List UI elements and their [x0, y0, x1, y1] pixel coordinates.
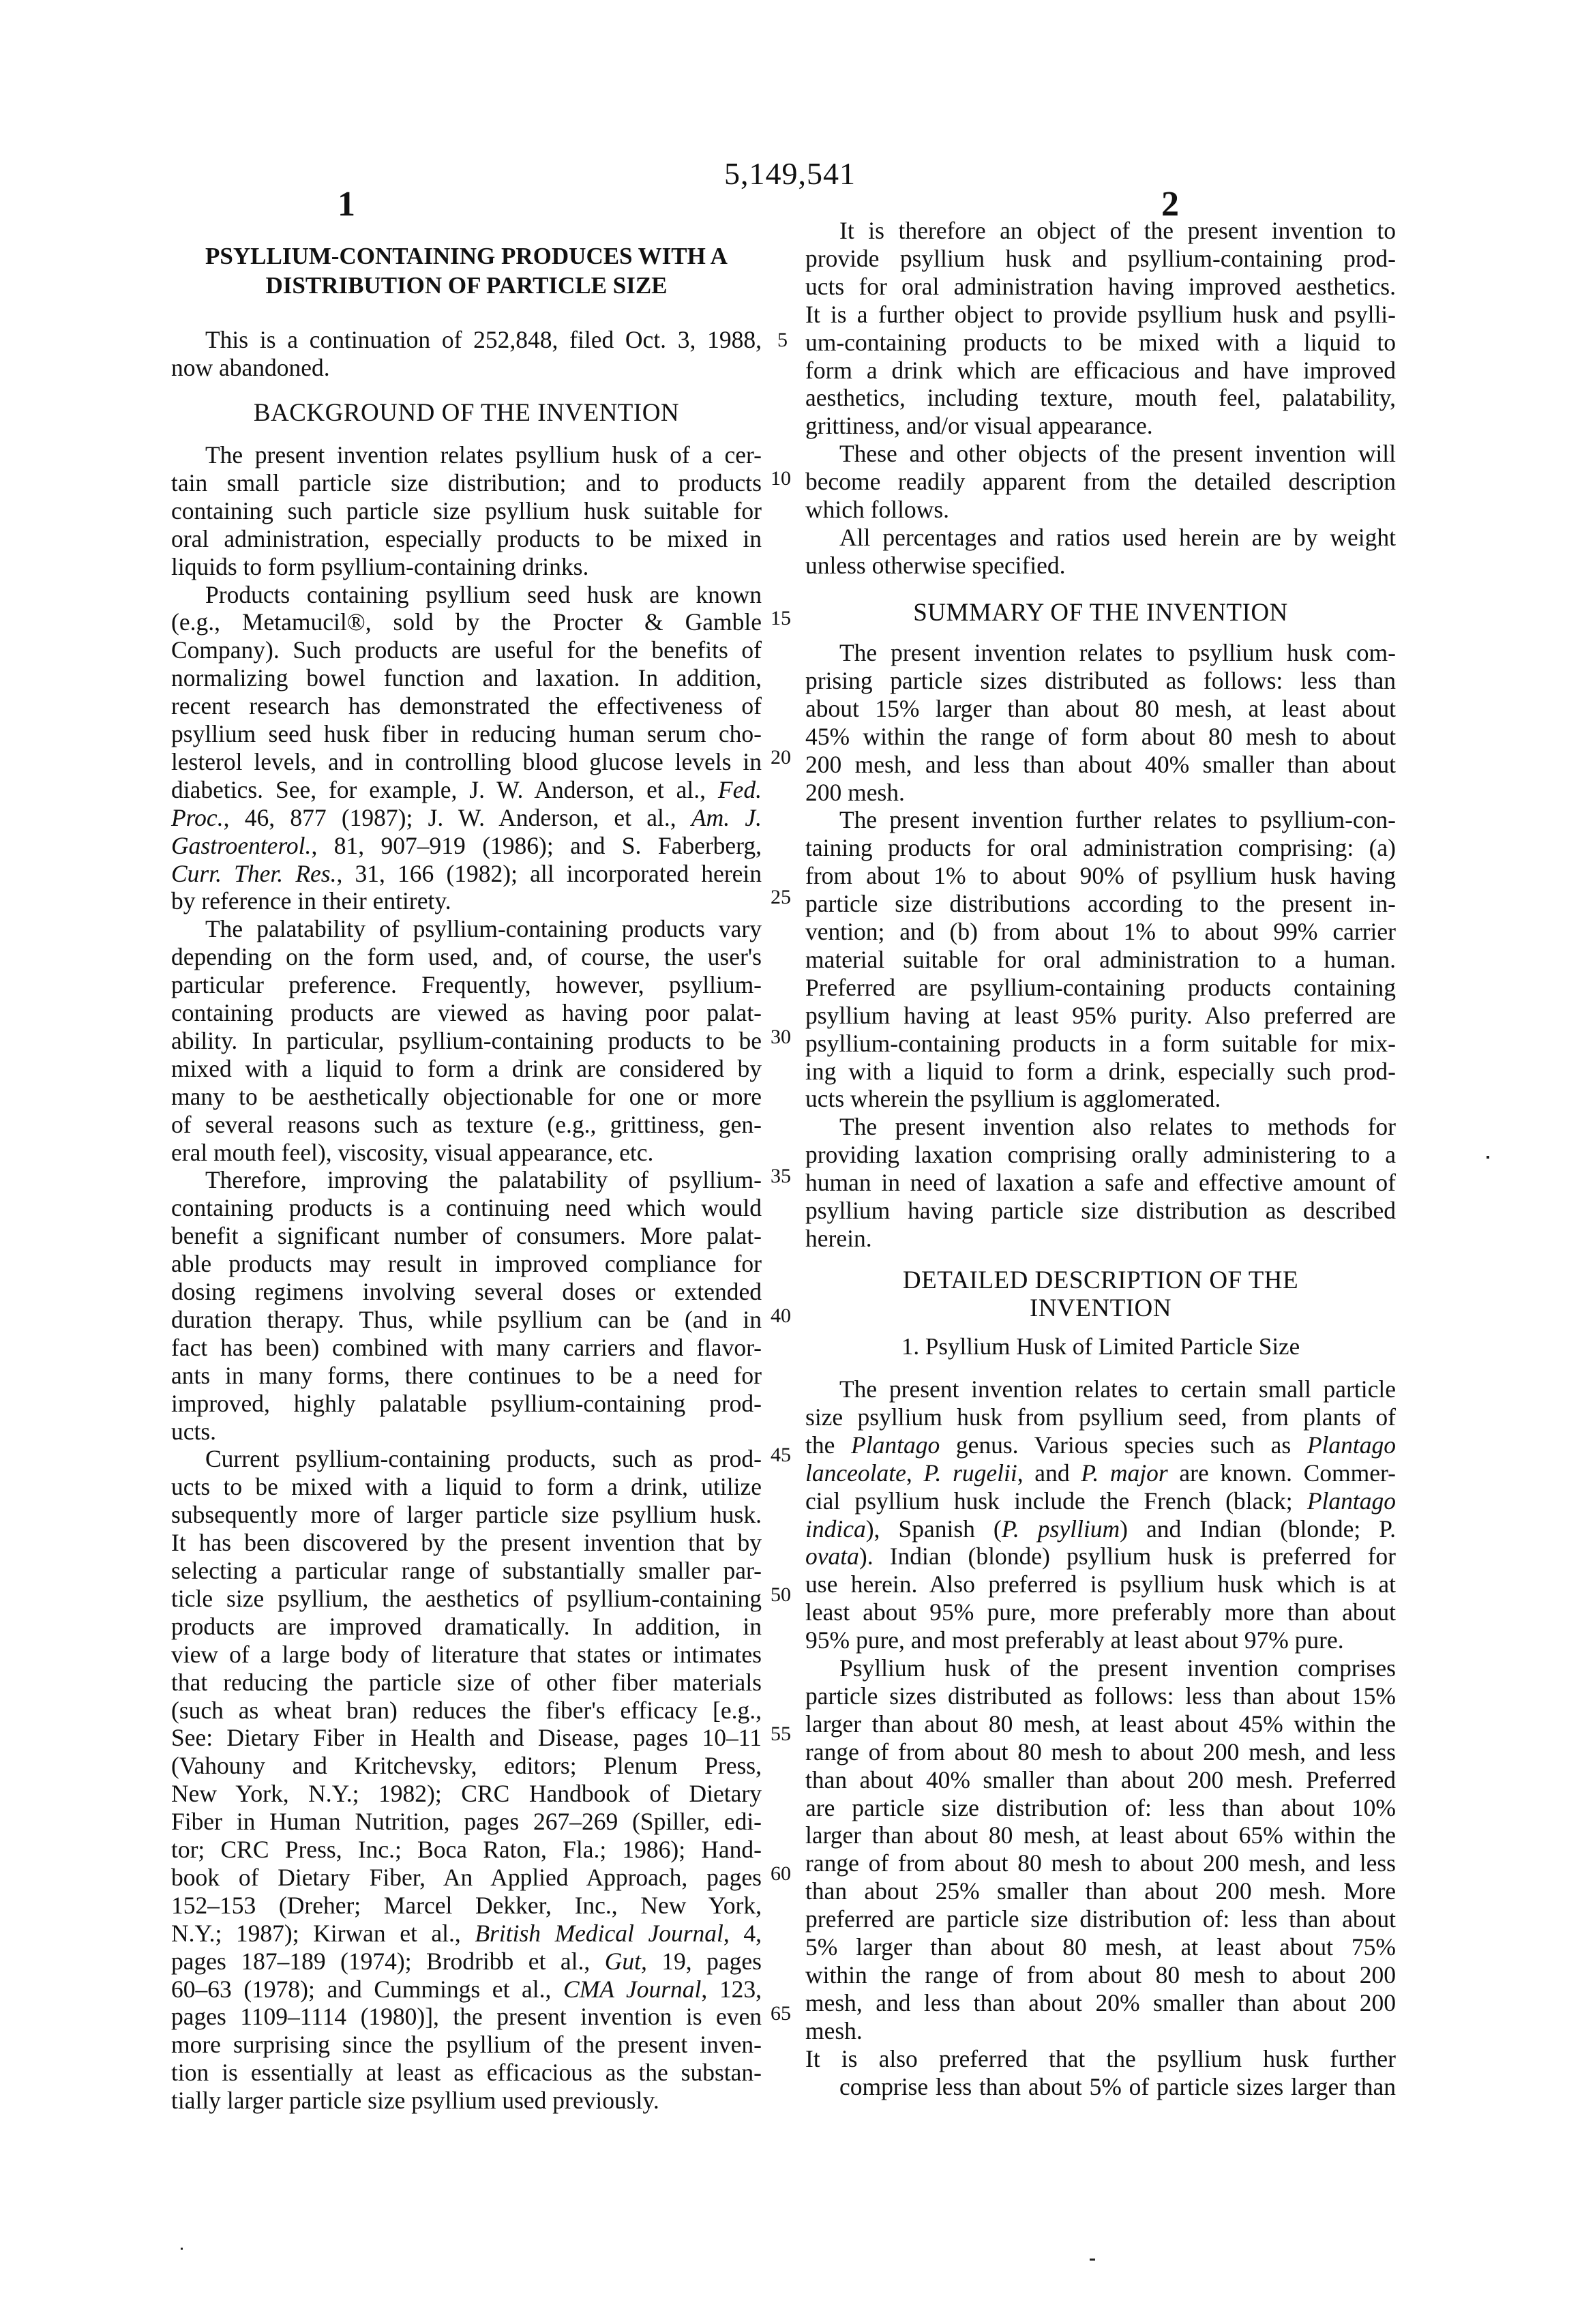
- right-column-text-line: range of from about 80 mesh to about 200…: [805, 1849, 1396, 1877]
- right-column-text-line: size psyllium husk from psyllium seed, f…: [805, 1403, 1396, 1431]
- left-column-text-line: benefit a significant number of consumer…: [171, 1222, 762, 1250]
- right-column-text-line: It is a further object to provide psylli…: [805, 301, 1396, 329]
- left-column-text-line: particular preference. Frequently, howev…: [171, 971, 762, 999]
- left-column-text-line: many to be aesthetically objectionable f…: [171, 1083, 762, 1111]
- right-column-text-line: least about 95% pure, more preferably mo…: [805, 1598, 1396, 1626]
- subheading-psyllium-husk: 1. Psyllium Husk of Limited Particle Siz…: [805, 1333, 1396, 1360]
- left-column-text-line: depending on the form used, and, of cour…: [171, 943, 762, 971]
- right-column-text-line: unless otherwise specified.: [805, 552, 1396, 580]
- line-number: 40: [771, 1305, 805, 1328]
- right-column-text-line: grittiness, and/or visual appearance.: [805, 412, 1396, 440]
- left-column-text-line: ability. In particular, psyllium-contain…: [171, 1027, 762, 1055]
- left-column-text-line: (such as wheat bran) reduces the fiber's…: [171, 1697, 762, 1725]
- left-column-text-line: dosing regimens involving several doses …: [171, 1278, 762, 1306]
- right-column-text-line: The present invention relates to certain…: [805, 1375, 1396, 1403]
- right-column-text-line: psyllium-containing products in a form s…: [805, 1030, 1396, 1058]
- right-column-text-line: larger than about 80 mesh, at least abou…: [805, 1821, 1396, 1849]
- heading-detailed-description-1: DETAILED DESCRIPTION OF THE: [805, 1266, 1396, 1295]
- line-number: 10: [771, 467, 805, 490]
- right-column-text-line: than about 25% smaller than about 200 me…: [805, 1877, 1396, 1905]
- right-column-text-line: become readily apparent from the detaile…: [805, 468, 1396, 496]
- right-column-text-line: larger than about 80 mesh, at least abou…: [805, 1710, 1396, 1738]
- right-column-text-line: 200 mesh, and less than about 40% smalle…: [805, 751, 1396, 779]
- line-number: 60: [771, 1862, 805, 1886]
- right-column-text-line: mesh.: [805, 2017, 1396, 2045]
- patent-number: 5,149,541: [724, 155, 856, 192]
- left-column-text-line: containing such particle size psyllium h…: [171, 497, 762, 525]
- right-column-text-line: vention; and (b) from about 1% to about …: [805, 918, 1396, 946]
- left-column-text-line: Products containing psyllium seed husk a…: [171, 581, 762, 609]
- left-column-text-line: Therefore, improving the palatability of…: [171, 1166, 762, 1194]
- right-column-text-line: It is therefore an object of the present…: [805, 217, 1396, 245]
- left-column-text-line: more surprising since the psyllium of th…: [171, 2031, 762, 2059]
- right-column-text-line: comprise less than about 5% of particle …: [805, 2073, 1396, 2101]
- left-column-text-line: tion is essentially at least as efficaci…: [171, 2059, 762, 2087]
- right-column-text-line: ucts wherein the psyllium is agglomerate…: [805, 1085, 1396, 1113]
- scan-speck: [181, 2248, 183, 2250]
- right-column-text-line: ovata). Indian (blonde) psyllium husk is…: [805, 1543, 1396, 1570]
- right-column-text-line: form a drink which are efficacious and h…: [805, 357, 1396, 385]
- right-column-text-line: cial psyllium husk include the French (b…: [805, 1487, 1396, 1515]
- left-column-text-line: book of Dietary Fiber, An Applied Approa…: [171, 1864, 762, 1892]
- right-column-text-line: Preferred are psyllium-containing produc…: [805, 974, 1396, 1002]
- left-column-text-line: tor; CRC Press, Inc.; Boca Raton, Fla.; …: [171, 1836, 762, 1864]
- left-column-text-line: ucts to be mixed with a liquid to form a…: [171, 1473, 762, 1501]
- right-column-text-line: 95% pure, and most preferably at least a…: [805, 1626, 1396, 1654]
- left-column-text-line: Gastroenterol., 81, 907–919 (1986); and …: [171, 832, 762, 860]
- right-column-text-line: The present invention relates to psylliu…: [805, 639, 1396, 667]
- line-number: 35: [771, 1165, 805, 1188]
- right-column-text-line: range of from about 80 mesh to about 200…: [805, 1738, 1396, 1766]
- right-column-text-line: The present invention further relates to…: [805, 806, 1396, 834]
- left-column-text-line: containing products are viewed as having…: [171, 999, 762, 1027]
- left-column-text-line: pages 187–189 (1974); Brodribb et al., G…: [171, 1948, 762, 1976]
- patent-title-line-2: DISTRIBUTION OF PARTICLE SIZE: [171, 272, 762, 299]
- right-column-text-line: 200 mesh.: [805, 779, 1396, 807]
- right-column-text-line: It is also preferred that the psyllium h…: [805, 2045, 1396, 2073]
- right-column-text-line: 45% within the range of form about 80 me…: [805, 723, 1396, 751]
- left-column-text-line: pages 1109–1114 (1980)], the present inv…: [171, 2003, 762, 2031]
- line-number: 30: [771, 1026, 805, 1049]
- left-column-text-line: It has been discovered by the present in…: [171, 1529, 762, 1557]
- left-column-text-line: oral administration, especially products…: [171, 525, 762, 553]
- left-column-text-line: tain small particle size distribution; a…: [171, 469, 762, 497]
- left-column-text-line: duration therapy. Thus, while psyllium c…: [171, 1306, 762, 1334]
- right-column-text-line: about 15% larger than about 80 mesh, at …: [805, 695, 1396, 723]
- left-column-text-line: 60–63 (1978); and Cummings et al., CMA J…: [171, 1976, 762, 2003]
- right-column-text-line: particle sizes distributed as follows: l…: [805, 1682, 1396, 1710]
- right-column-text-line: indica), Spanish (P. psyllium) and India…: [805, 1515, 1396, 1543]
- left-column-text-line: Current psyllium-containing products, su…: [171, 1445, 762, 1473]
- left-column-text-line: N.Y.; 1987); Kirwan et al., British Medi…: [171, 1920, 762, 1948]
- left-column-text-line: eral mouth feel), viscosity, visual appe…: [171, 1139, 762, 1167]
- left-column-text-line: (Vahouny and Kritchevsky, editors; Plenu…: [171, 1752, 762, 1780]
- left-column-text-line: liquids to form psyllium-containing drin…: [171, 553, 762, 581]
- right-column-text-line: are particle size distribution of: less …: [805, 1794, 1396, 1822]
- left-column-text-line: Company). Such products are useful for t…: [171, 636, 762, 664]
- right-column-text-line: psyllium having at least 95% purity. Als…: [805, 1002, 1396, 1030]
- line-number: 55: [771, 1723, 805, 1746]
- heading-background: BACKGROUND OF THE INVENTION: [171, 398, 762, 428]
- left-column-text-line: of several reasons such as texture (e.g.…: [171, 1111, 762, 1139]
- line-number: 15: [771, 607, 805, 630]
- left-column-text-line: See: Dietary Fiber in Health and Disease…: [171, 1724, 762, 1752]
- left-column-text-line: able products may result in improved com…: [171, 1250, 762, 1278]
- left-column-text-line: diabetics. See, for example, J. W. Ander…: [171, 776, 762, 804]
- right-column-text-line: provide psyllium husk and psyllium-conta…: [805, 245, 1396, 273]
- right-column-text-line: All percentages and ratios used herein a…: [805, 524, 1396, 552]
- right-column-text-line: aesthetics, including texture, mouth fee…: [805, 384, 1396, 412]
- line-number: 65: [771, 2002, 805, 2025]
- left-column-text-line: recent research has demonstrated the eff…: [171, 692, 762, 720]
- right-column-text-line: herein.: [805, 1225, 1396, 1253]
- right-column-text-line: um-containing products to be mixed with …: [805, 329, 1396, 357]
- right-column-text-line: lanceolate, P. rugelii, and P. major are…: [805, 1459, 1396, 1487]
- left-column-text-line: normalizing bowel function and laxation.…: [171, 664, 762, 692]
- right-column-text-line: the Plantago genus. Various species such…: [805, 1431, 1396, 1459]
- right-column-text-line: which follows.: [805, 496, 1396, 524]
- left-column-text-line: view of a large body of literature that …: [171, 1641, 762, 1669]
- left-column-text-line: Curr. Ther. Res., 31, 166 (1982); all in…: [171, 860, 762, 888]
- left-column-text-line: selecting a particular range of substant…: [171, 1557, 762, 1585]
- right-column-text-line: Psyllium husk of the present invention c…: [805, 1654, 1396, 1682]
- left-column-text-line: improved, highly palatable psyllium-cont…: [171, 1390, 762, 1418]
- continuation-line-2: now abandoned.: [171, 354, 762, 382]
- patent-title-line-1: PSYLLIUM-CONTAINING PRODUCES WITH A: [171, 243, 762, 270]
- right-column-text-line: human in need of laxation a safe and eff…: [805, 1169, 1396, 1197]
- right-column-text-line: ucts for oral administration having impr…: [805, 273, 1396, 301]
- right-column-text-line: from about 1% to about 90% of psyllium h…: [805, 862, 1396, 890]
- left-column-text-line: (e.g., Metamucil®, sold by the Procter &…: [171, 608, 762, 636]
- right-column-text-line: These and other objects of the present i…: [805, 440, 1396, 468]
- left-column-text-line: mixed with a liquid to form a drink are …: [171, 1055, 762, 1083]
- right-column-text-line: preferred are particle size distribution…: [805, 1905, 1396, 1933]
- left-column-text-line: psyllium seed husk fiber in reducing hum…: [171, 720, 762, 748]
- right-column-text-line: use herein. Also preferred is psyllium h…: [805, 1570, 1396, 1598]
- right-column-text-line: The present invention also relates to me…: [805, 1113, 1396, 1141]
- left-column-text-line: fact has been) combined with many carrie…: [171, 1334, 762, 1362]
- right-column-text-line: ing with a liquid to form a drink, espec…: [805, 1058, 1396, 1086]
- right-column-text-line: psyllium having particle size distributi…: [805, 1197, 1396, 1225]
- right-column-text-line: 5% larger than about 80 mesh, at least a…: [805, 1933, 1396, 1961]
- continuation-line-1: This is a continuation of 252,848, filed…: [171, 326, 762, 354]
- left-column-text-line: New York, N.Y.; 1982); CRC Handbook of D…: [171, 1780, 762, 1808]
- line-number: 50: [771, 1583, 805, 1607]
- heading-detailed-description-2: INVENTION: [805, 1294, 1396, 1323]
- right-column-text-line: mesh, and less than about 20% smaller th…: [805, 1989, 1396, 2017]
- line-number: 45: [771, 1444, 805, 1467]
- left-column-text-line: lesterol levels, and in controlling bloo…: [171, 748, 762, 776]
- left-column-text-line: that reducing the particle size of other…: [171, 1669, 762, 1697]
- right-column-text-line: taining products for oral administration…: [805, 834, 1396, 862]
- left-column-text-line: containing products is a continuing need…: [171, 1194, 762, 1222]
- left-column-text-line: The palatability of psyllium-containing …: [171, 915, 762, 943]
- left-column-text-line: ticle size psyllium, the aesthetics of p…: [171, 1585, 762, 1613]
- left-column-text-line: tially larger particle size psyllium use…: [171, 2087, 762, 2115]
- heading-summary: SUMMARY OF THE INVENTION: [805, 598, 1396, 627]
- left-column-text-line: 152–153 (Dreher; Marcel Dekker, Inc., Ne…: [171, 1892, 762, 1920]
- left-column-text-line: Fiber in Human Nutrition, pages 267–269 …: [171, 1808, 762, 1836]
- left-column-text-line: ants in many forms, there continues to b…: [171, 1362, 762, 1390]
- right-column-text-line: providing laxation comprising orally adm…: [805, 1141, 1396, 1169]
- left-column-text-line: subsequently more of larger particle siz…: [171, 1501, 762, 1529]
- right-column-text-line: prising particle sizes distributed as fo…: [805, 667, 1396, 695]
- line-number: 20: [771, 746, 805, 769]
- right-column-text-line: particle size distributions according to…: [805, 890, 1396, 918]
- column-number-left: 1: [338, 184, 355, 224]
- right-column-text-line: material suitable for oral administratio…: [805, 946, 1396, 974]
- left-column-text-line: ucts.: [171, 1418, 762, 1446]
- left-column-text-line: by reference in their entirety.: [171, 887, 762, 915]
- left-column-text-line: Proc., 46, 877 (1987); J. W. Anderson, e…: [171, 804, 762, 832]
- right-column-text-line: than about 40% smaller than about 200 me…: [805, 1766, 1396, 1794]
- scan-speck: [1487, 1156, 1489, 1159]
- line-number: 25: [771, 886, 805, 909]
- right-column-text-line: within the range of from about 80 mesh t…: [805, 1961, 1396, 1989]
- left-column-text-line: products are improved dramatically. In a…: [171, 1613, 762, 1641]
- scan-speck: [1090, 2259, 1095, 2261]
- left-column-text-line: The present invention relates psyllium h…: [171, 441, 762, 469]
